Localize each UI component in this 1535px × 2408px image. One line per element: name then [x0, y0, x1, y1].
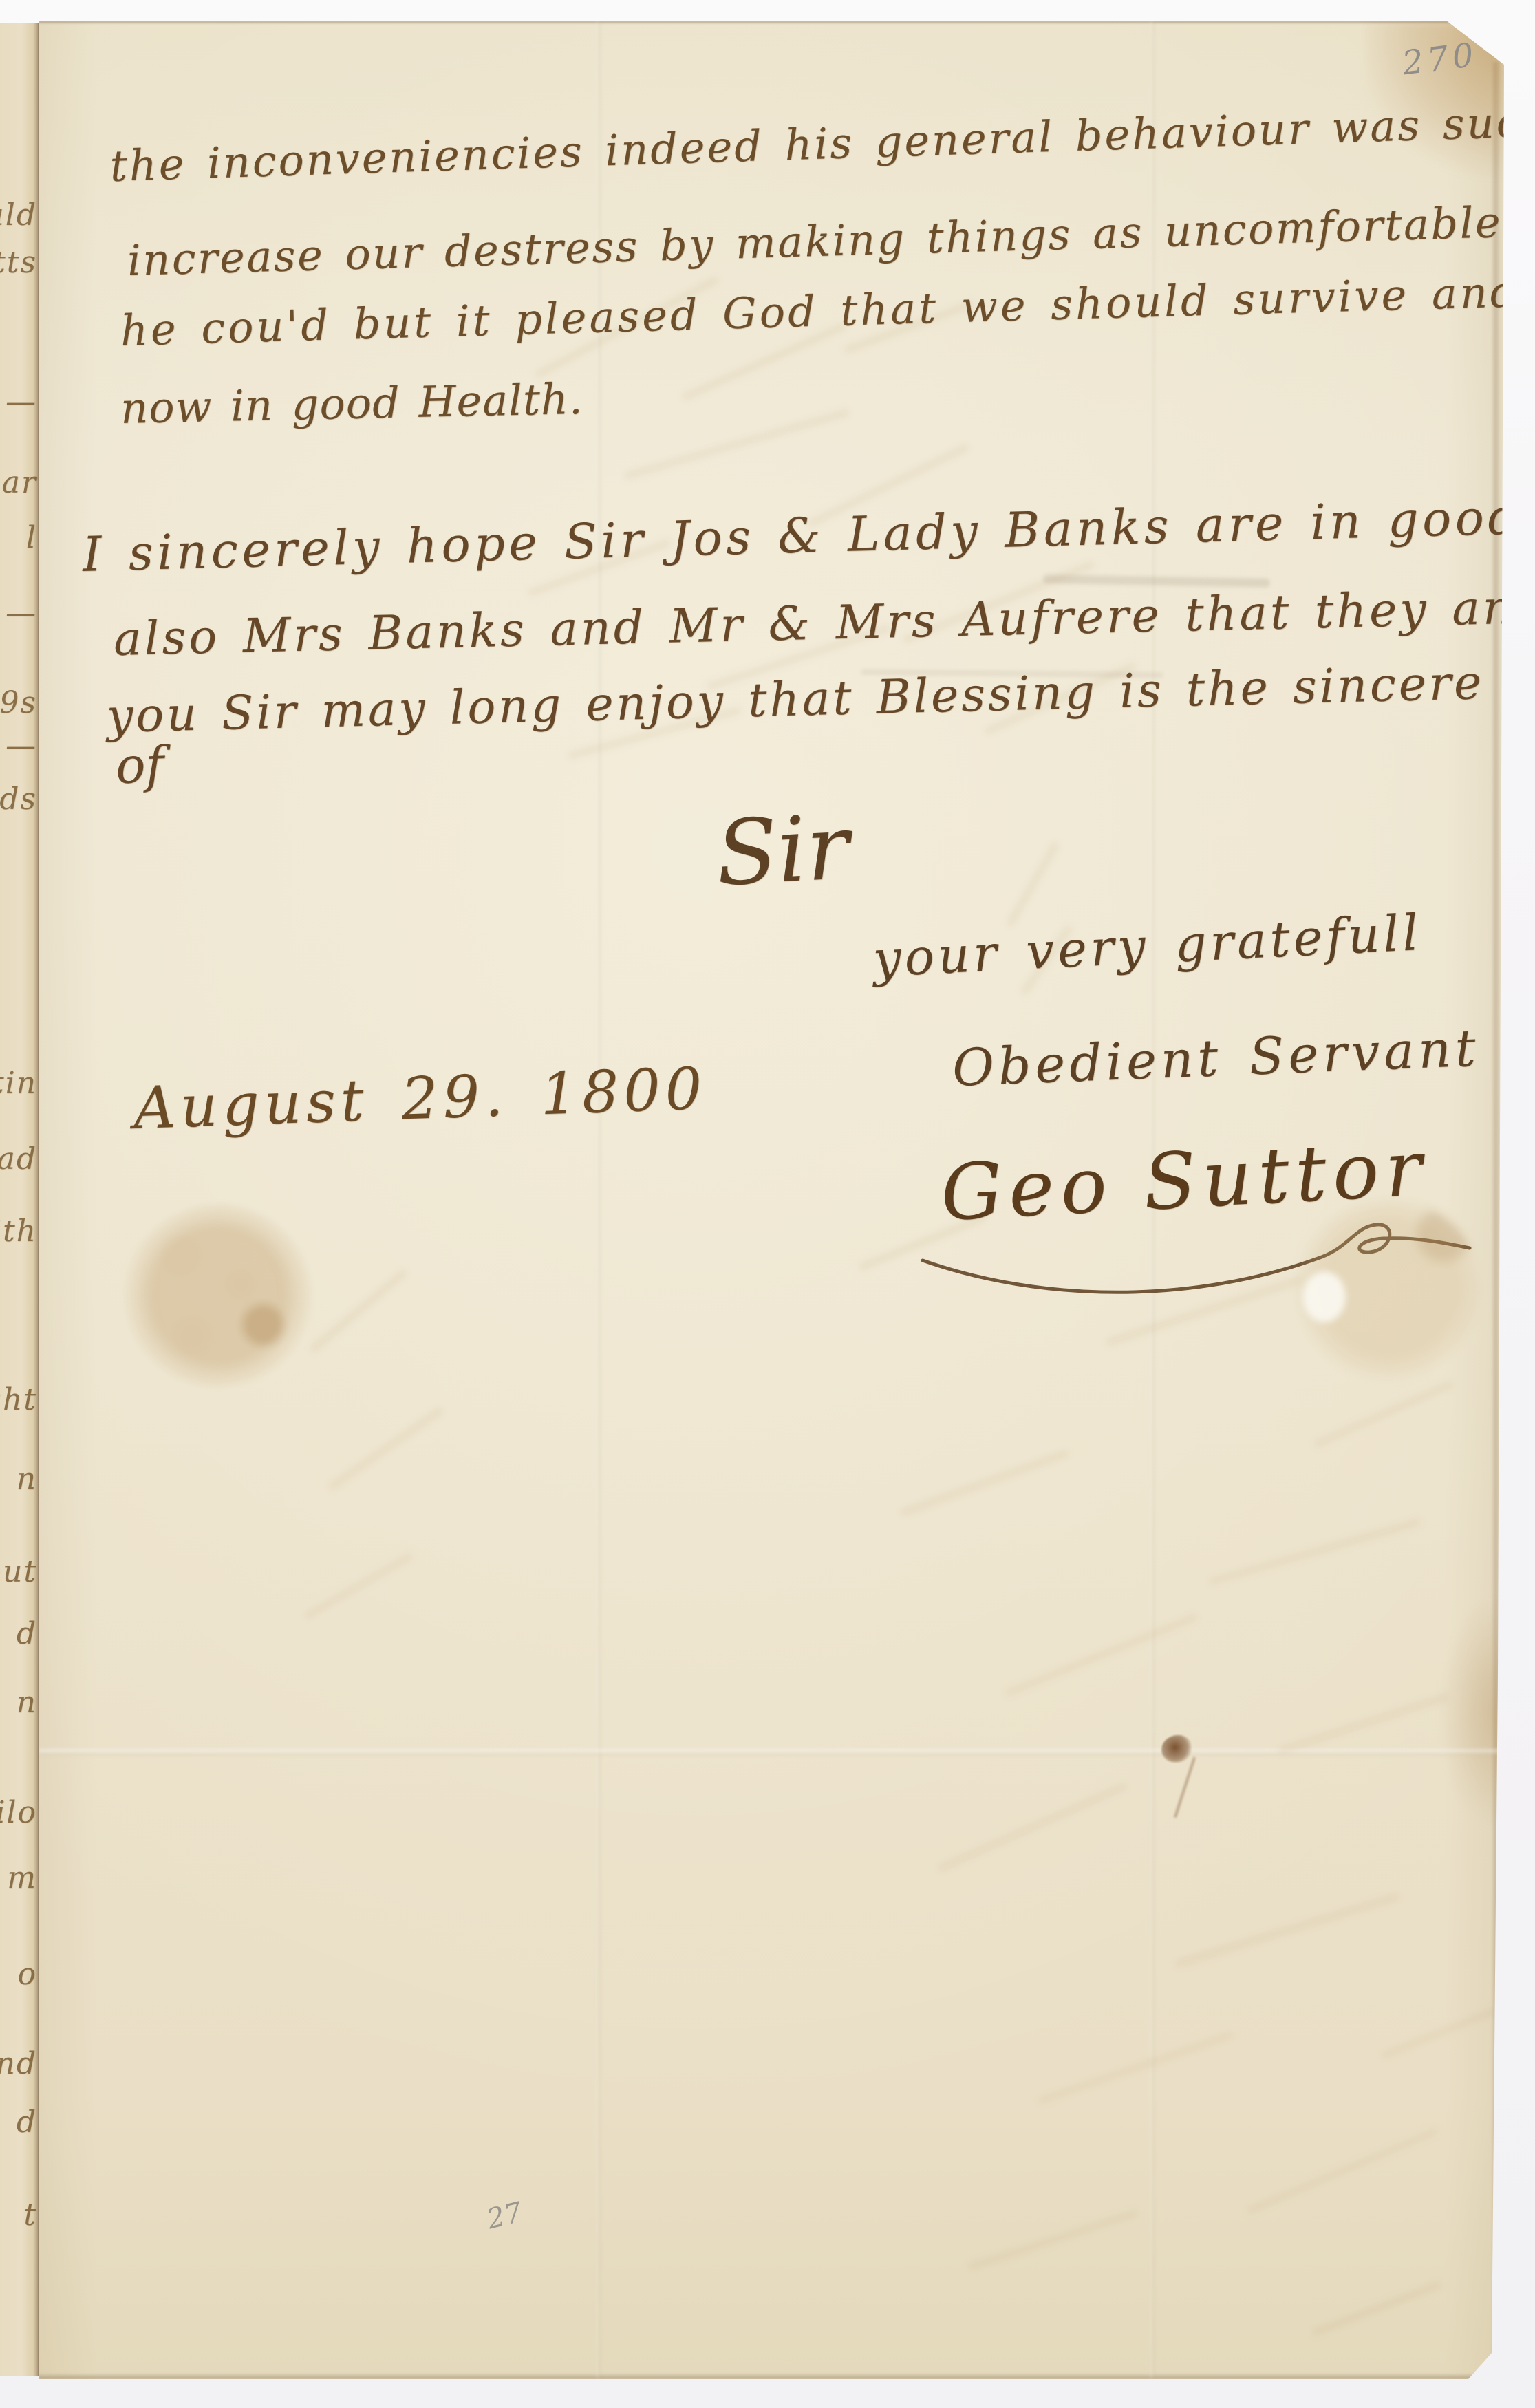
adjacent-page-text-fragment: tin	[0, 1066, 37, 1101]
ink-stain-left	[125, 1204, 312, 1387]
adjacent-page-text-fragment: —	[6, 729, 37, 764]
adjacent-page-text-fragment: ilo	[0, 1795, 37, 1830]
adjacent-page-text-fragment: ad	[0, 1141, 37, 1176]
adjacent-page-text-fragment: n	[17, 1461, 37, 1496]
ink-blot-tail	[1174, 1757, 1196, 1818]
adjacent-page-text-fragment: m	[7, 1860, 37, 1895]
adjacent-page-text-fragment: tts	[0, 245, 37, 280]
adjacent-page-text-fragment: d	[17, 2105, 37, 2140]
adjacent-page-text-fragment: mar	[0, 465, 37, 500]
adjacent-page-text-fragment: —	[6, 596, 37, 631]
date-line: August 29. 1800	[133, 1055, 708, 1142]
closing-salutation: Sir	[713, 795, 851, 906]
adjacent-page-text-fragment: o	[18, 1957, 38, 1992]
ink-blot	[1161, 1735, 1192, 1763]
letter-line: you Sir may long enjoy that Blessing is …	[106, 652, 1535, 744]
closing-line-grateful: your very gratefull	[872, 903, 1423, 988]
vertical-fold-crease	[597, 21, 601, 2379]
letter-page: the inconveniencies indeed his general b…	[39, 21, 1504, 2379]
adjacent-page-text-fragment: and	[0, 2046, 37, 2081]
adjacent-page-text-fragment: ith	[0, 1214, 37, 1249]
stain-glare-spot	[1303, 1271, 1346, 1322]
paper-bottom-edge	[39, 2373, 1504, 2379]
scanned-letter-background: ouldtts—marl—9s—dstinadithughtnbutdnilom…	[0, 0, 1535, 2408]
closing-line-servant: Obedient Servant	[952, 1019, 1481, 1098]
adjacent-page-text-fragment: 9s	[0, 685, 37, 720]
pencil-scribble: 27	[484, 2197, 526, 2236]
adjacent-page-text-fragment: t	[23, 2197, 37, 2233]
adjacent-page-text-fragment: ould	[0, 197, 37, 233]
letter-line: also Mrs Banks and Mr & Mrs Aufrere that…	[113, 580, 1535, 667]
letter-line: I sincerely hope Sir Jos & Lady Banks ar…	[82, 483, 1535, 583]
adjacent-page-text-fragment: ught	[0, 1382, 37, 1417]
paper-top-edge	[39, 21, 1504, 23]
adjacent-page-text-fragment: n	[17, 1685, 37, 1720]
letter-line: now in good Health.	[120, 374, 583, 433]
letter-line: of	[115, 735, 165, 795]
edge-stain	[1439, 1596, 1504, 1830]
adjacent-page-text-fragment: —	[6, 385, 37, 420]
adjacent-page-text-fragment: ds	[0, 782, 37, 817]
ink-smudge	[1043, 574, 1270, 588]
adjacent-page-text-fragment: d	[17, 1616, 37, 1651]
adjacent-page-edge: ouldtts—marl—9s—dstinadithughtnbutdnilom…	[0, 23, 39, 2376]
adjacent-page-text-fragment: l	[26, 520, 37, 555]
letter-line: the inconveniencies indeed his general b…	[109, 92, 1535, 191]
adjacent-page-text-fragment: but	[0, 1554, 37, 1589]
